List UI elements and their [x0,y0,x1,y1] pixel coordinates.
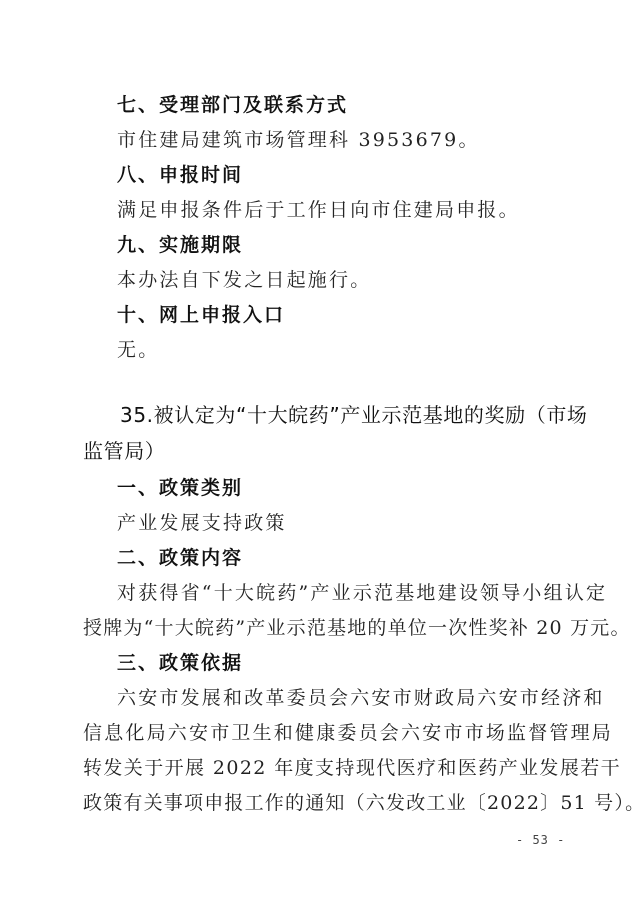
section-text-contact: 市住建局建筑市场管理科 3953679。 [117,128,480,152]
section-text-apply-time: 满足申报条件后于工作日向市住建局申报。 [117,198,520,222]
section-text-content-2: 授牌为“十大皖药”产业示范基地的单位一次性奖补 20 万元。 [83,616,631,640]
section-text-online-entry: 无。 [117,338,159,362]
section-heading-apply-time: 八、申报时间 [117,163,243,187]
section-text-basis-1: 六安市发展和改革委员会六安市财政局六安市经济和 [117,686,605,710]
item-title-line-1: 35.被认定为“十大皖药”产业示范基地的奖励（市场 [120,403,588,427]
section-heading-content: 二、政策内容 [117,546,243,570]
section-heading-contact: 七、受理部门及联系方式 [117,93,348,117]
section-heading-basis: 三、政策依据 [117,651,243,675]
section-text-period: 本办法自下发之日起施行。 [117,268,371,292]
page-number: - 53 - [516,833,565,847]
section-heading-period: 九、实施期限 [117,233,243,257]
section-text-basis-3: 转发关于开展 2022 年度支持现代医疗和医药产业发展若干 [83,756,621,780]
section-heading-category: 一、政策类别 [117,476,243,500]
item-title-line-2: 监管局） [83,439,165,463]
section-text-basis-2: 信息化局六安市卫生和健康委员会六安市市场监督管理局 [83,721,613,745]
section-heading-online-entry: 十、网上申报入口 [117,303,285,327]
section-text-content-1: 对获得省“十大皖药”产业示范基地建设领导小组认定 [117,581,607,605]
section-text-category: 产业发展支持政策 [117,511,287,535]
section-text-basis-4: 政策有关事项申报工作的通知（六发改工业〔2022〕51 号）。 [83,791,642,815]
